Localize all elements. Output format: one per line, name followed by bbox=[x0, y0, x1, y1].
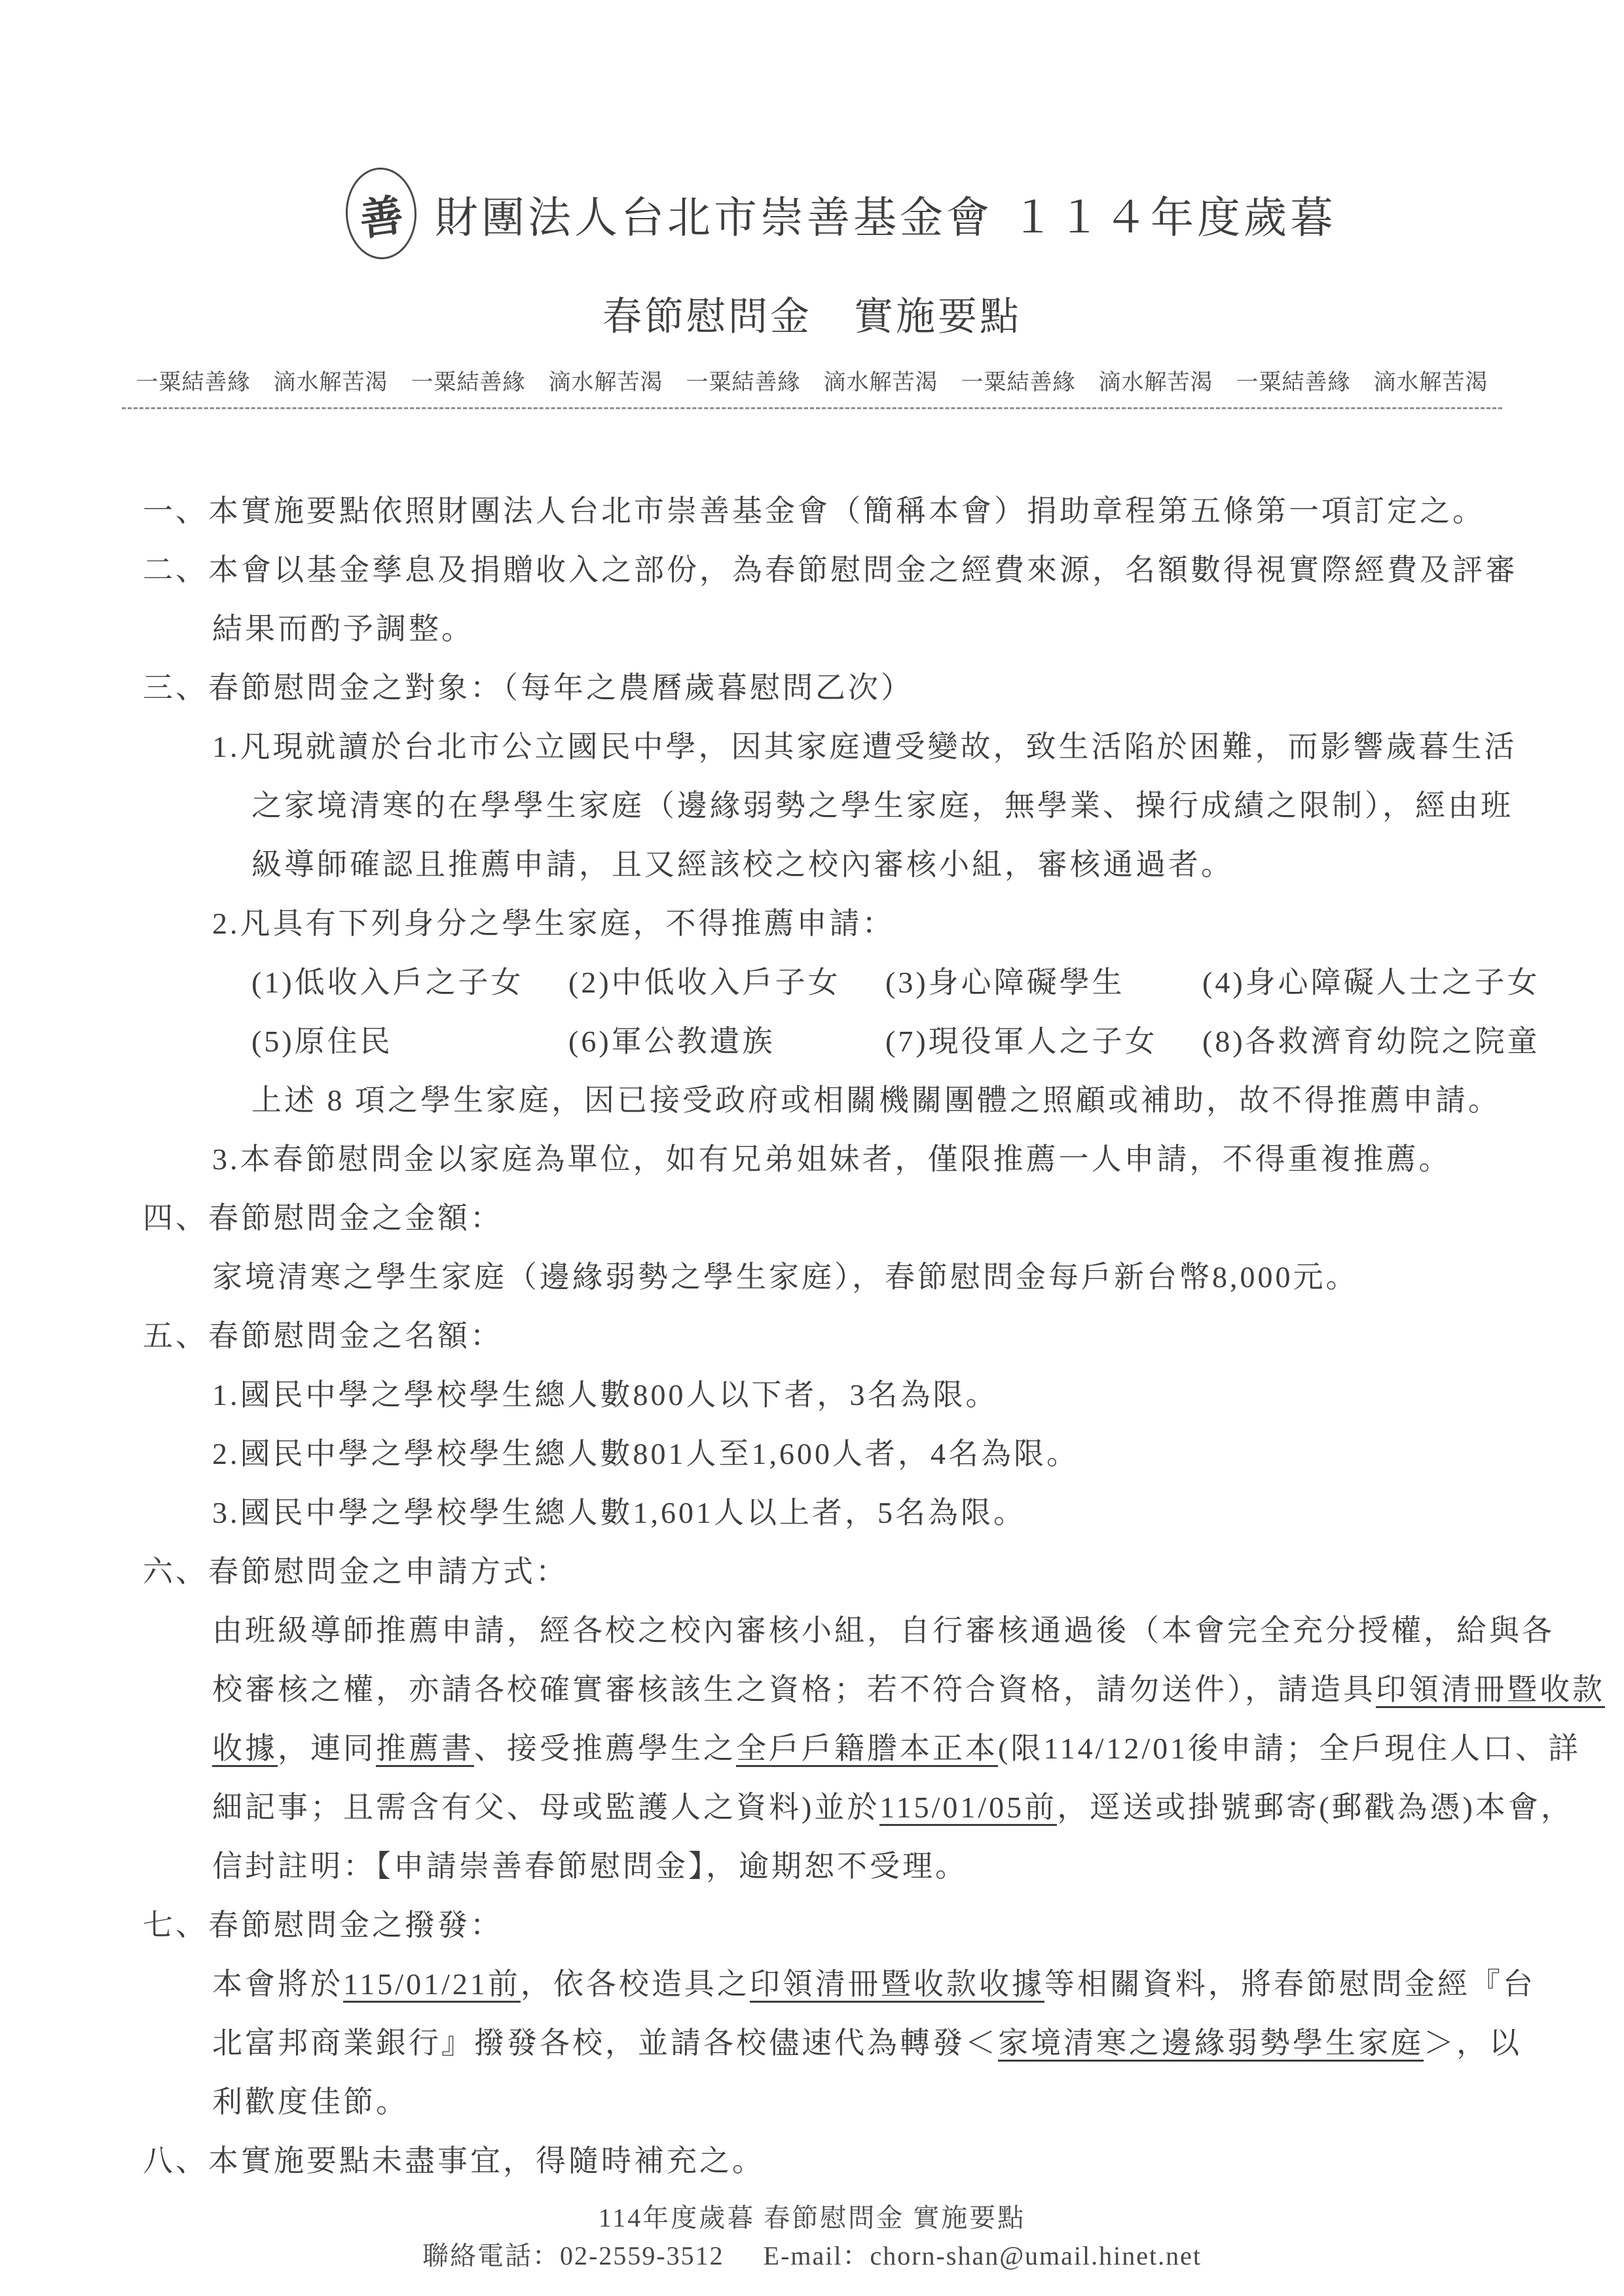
body-line-grid: (5)原住民(6)軍公教遺族(7)現役軍人之子女(8)各救濟育幼院之院童 bbox=[0, 1012, 1624, 1071]
underlined-text: 家境清寒之邊緣弱勢學生家庭 bbox=[998, 2026, 1424, 2062]
body-line: 2.國民中學之學校學生總人數801人至1,600人者，4名為限。 bbox=[0, 1425, 1624, 1484]
text-run: 八、本實施要點未盡事宜，得隨時補充之。 bbox=[143, 2144, 765, 2178]
body-line: 六、春節慰問金之申請方式： bbox=[0, 1542, 1624, 1601]
body-line: 五、春節慰問金之名額： bbox=[0, 1307, 1624, 1366]
body-line: 2.凡具有下列身分之學生家庭，不得推薦申請： bbox=[0, 894, 1624, 953]
grid-cell: (4)身心障礙人士之子女 bbox=[1202, 953, 1540, 1012]
text-run: 3.國民中學之學校學生總人數1,601人以上者，5名為限。 bbox=[212, 1496, 1026, 1529]
text-run: 結果而酌予調整。 bbox=[212, 612, 474, 646]
grid-cell: (2)中低收入戶子女 bbox=[568, 953, 885, 1012]
footer-contact: 聯絡電話：02-2559-3512E-mail：chorn-shan@umail… bbox=[0, 2235, 1624, 2272]
text-run: 利歡度佳節。 bbox=[212, 2085, 409, 2119]
text-run: 1.國民中學之學校學生總人數800人以下者，3名為限。 bbox=[212, 1378, 999, 1412]
text-run: 七、春節慰問金之撥發： bbox=[143, 1908, 503, 1942]
body-line: 利歡度佳節。 bbox=[0, 2073, 1624, 2132]
body-line: 3.國民中學之學校學生總人數1,601人以上者，5名為限。 bbox=[0, 1484, 1624, 1542]
document-title: 財團法人台北市崇善基金會１１４年度歲暮 bbox=[435, 183, 1337, 245]
body-line: 3.本春節慰問金以家庭為單位，如有兄弟姐妹者，僅限推薦一人申請，不得重複推薦。 bbox=[0, 1130, 1624, 1189]
body-line: 之家境清寒的在學學生家庭（邊緣弱勢之學生家庭，無學業、操行成績之限制），經由班 bbox=[0, 776, 1624, 835]
body-line: 校審核之權，亦請各校確實審核該生之資格；若不符合資格，請勿送件），請造具印領清冊… bbox=[0, 1660, 1624, 1719]
text-run: 家境清寒之學生家庭（邊緣弱勢之學生家庭），春節慰問金每戶新台幣8,000元。 bbox=[212, 1260, 1359, 1294]
underlined-text: 收據 bbox=[212, 1732, 278, 1767]
body-line: 七、春節慰問金之撥發： bbox=[0, 1896, 1624, 1955]
body-line: 八、本實施要點未盡事宜，得隨時補充之。 bbox=[0, 2132, 1624, 2191]
text-run: 之家境清寒的在學學生家庭（邊緣弱勢之學生家庭，無學業、操行成績之限制），經由班 bbox=[251, 789, 1513, 822]
text-run: 細記事；且需含有父、母或監護人之資料)並於 bbox=[212, 1791, 879, 1824]
text-run: ，連同 bbox=[278, 1732, 376, 1765]
text-run: 級導師確認且推薦申請，且又經該校之校內審核小組，審核通過者。 bbox=[251, 848, 1234, 881]
body-line: 1.國民中學之學校學生總人數800人以下者，3名為限。 bbox=[0, 1366, 1624, 1425]
body-line: 本會將於115/01/21前，依各校造具之印領清冊暨收款收據等相關資料，將春節慰… bbox=[0, 1955, 1624, 2014]
document-header: 善 財團法人台北市崇善基金會１１４年度歲暮 bbox=[346, 168, 1337, 259]
body-line-grid: (1)低收入戶之子女(2)中低收入戶子女(3)身心障礙學生(4)身心障礙人士之子… bbox=[0, 953, 1624, 1012]
text-run: (限114/12/01後申請；全戶現住人口、詳 bbox=[998, 1732, 1581, 1765]
body-line: 二、本會以基金孳息及捐贈收入之部份，為春節慰問金之經費來源，名額數得視實際經費及… bbox=[0, 541, 1624, 600]
year-label: １１４年度歲暮 bbox=[1011, 194, 1337, 242]
text-run: 信封註明：【申請崇善春節慰問金】，逾期恕不受理。 bbox=[212, 1850, 968, 1883]
grid-cell: (6)軍公教遺族 bbox=[568, 1012, 885, 1071]
text-run: 3.本春節慰問金以家庭為單位，如有兄弟姐妹者，僅限推薦一人申請，不得重複推薦。 bbox=[212, 1142, 1452, 1176]
grid-cell: (3)身心障礙學生 bbox=[885, 953, 1202, 1012]
underlined-text: 印領清冊暨收款 bbox=[1376, 1673, 1605, 1708]
text-run: 上述 8 項之學生家庭，因已接受政府或相關機關團體之照顧或補助，故不得推薦申請。 bbox=[251, 1084, 1501, 1117]
underlined-text: 推薦書 bbox=[376, 1732, 474, 1767]
grid-cell: (7)現役軍人之子女 bbox=[885, 1012, 1202, 1071]
text-run: 一、本實施要點依照財團法人台北市崇善基金會（簡稱本會）捐助章程第五條第一項訂定之… bbox=[143, 494, 1485, 528]
text-run: 、接受推薦學生之 bbox=[474, 1732, 736, 1765]
footer-email: E-mail：chorn-shan@umail.hinet.net bbox=[764, 2241, 1202, 2270]
text-run: ＞，以 bbox=[1424, 2026, 1522, 2060]
body-line: 細記事；且需含有父、母或監護人之資料)並於115/01/05前，逕送或掛號郵寄(… bbox=[0, 1778, 1624, 1837]
grid-cell: (1)低收入戶之子女 bbox=[251, 953, 568, 1012]
body-line: 家境清寒之學生家庭（邊緣弱勢之學生家庭），春節慰問金每戶新台幣8,000元。 bbox=[0, 1248, 1624, 1307]
body-line: 收據，連同推薦書、接受推薦學生之全戶戶籍謄本正本(限114/12/01後申請；全… bbox=[0, 1719, 1624, 1778]
text-run: 三、春節慰問金之對象：（每年之農曆歲暮慰問乙次） bbox=[143, 671, 913, 704]
org-name: 財團法人台北市崇善基金會 bbox=[435, 194, 993, 242]
body-line: 級導師確認且推薦申請，且又經該校之校內審核小組，審核通過者。 bbox=[0, 835, 1624, 894]
text-run: 校審核之權，亦請各校確實審核該生之資格；若不符合資格，請勿送件），請造具 bbox=[212, 1673, 1376, 1706]
footer-doc-ref: 114年度歲暮 春節慰問金 實施要點 bbox=[0, 2197, 1624, 2234]
text-run: 2.凡具有下列身分之學生家庭，不得推薦申請： bbox=[212, 907, 895, 940]
text-run: 1.凡現就讀於台北市公立國民中學，因其家庭遭受變故，致生活陷於困難，而影響歲暮生… bbox=[212, 730, 1517, 763]
text-run: 本會將於 bbox=[212, 1967, 343, 2001]
body-line: 四、春節慰問金之金額： bbox=[0, 1189, 1624, 1248]
body-line: 1.凡現就讀於台北市公立國民中學，因其家庭遭受變故，致生活陷於困難，而影響歲暮生… bbox=[0, 718, 1624, 776]
underlined-text: 印領清冊暨收款收據 bbox=[750, 1967, 1044, 2003]
body-line: 信封註明：【申請崇善春節慰問金】，逾期恕不受理。 bbox=[0, 1837, 1624, 1896]
text-run: ，依各校造具之 bbox=[521, 1967, 750, 2001]
body-line: 由班級導師推薦申請，經各校之校內審核小組，自行審核通過後（本會完全充分授權，給與… bbox=[0, 1601, 1624, 1660]
banner-slogan: 一粟結善緣 滴水解苦渴 一粟結善緣 滴水解苦渴 一粟結善緣 滴水解苦渴 一粟結善… bbox=[0, 364, 1624, 396]
text-run: 二、本會以基金孳息及捐贈收入之部份，為春節慰問金之經費來源，名額數得視實際經費及… bbox=[143, 553, 1518, 587]
underlined-text: 115/01/21前 bbox=[343, 1967, 521, 2003]
grid-cell: (8)各救濟育幼院之院童 bbox=[1202, 1012, 1540, 1071]
text-run: ，逕送或掛號郵寄(郵戳為憑)本會， bbox=[1057, 1791, 1574, 1824]
text-run: 五、春節慰問金之名額： bbox=[143, 1319, 503, 1353]
document-page: 善 財團法人台北市崇善基金會１１４年度歲暮 春節慰問金 實施要點 一粟結善緣 滴… bbox=[0, 0, 1624, 2296]
document-body: 一、本實施要點依照財團法人台北市崇善基金會（簡稱本會）捐助章程第五條第一項訂定之… bbox=[0, 482, 1624, 2191]
body-line: 結果而酌予調整。 bbox=[0, 600, 1624, 659]
text-run: 六、春節慰問金之申請方式： bbox=[143, 1555, 568, 1588]
body-line: 三、春節慰問金之對象：（每年之農曆歲暮慰問乙次） bbox=[0, 659, 1624, 718]
underlined-text: 115/01/05前 bbox=[879, 1791, 1057, 1826]
footer-phone: 聯絡電話：02-2559-3512 bbox=[422, 2241, 724, 2270]
text-run: 由班級導師推薦申請，經各校之校內審核小組，自行審核通過後（本會完全充分授權，給與… bbox=[212, 1614, 1555, 1647]
text-run: 2.國民中學之學校學生總人數801人至1,600人者，4名為限。 bbox=[212, 1437, 1079, 1470]
body-line: 北富邦商業銀行』撥發各校，並請各校儘速代為轉發＜家境清寒之邊緣弱勢學生家庭＞，以 bbox=[0, 2014, 1624, 2073]
body-line: 上述 8 項之學生家庭，因已接受政府或相關機關團體之照顧或補助，故不得推薦申請。 bbox=[0, 1071, 1624, 1130]
document-subtitle: 春節慰問金 實施要點 bbox=[0, 285, 1624, 342]
text-run: 四、春節慰問金之金額： bbox=[143, 1201, 503, 1235]
grid-cell: (5)原住民 bbox=[251, 1012, 568, 1071]
text-run: 北富邦商業銀行』撥發各校，並請各校儘速代為轉發＜ bbox=[212, 2026, 998, 2060]
foundation-seal-icon: 善 bbox=[344, 166, 418, 261]
body-line: 一、本實施要點依照財團法人台北市崇善基金會（簡稱本會）捐助章程第五條第一項訂定之… bbox=[0, 482, 1624, 541]
seal-character: 善 bbox=[357, 179, 405, 247]
dashed-divider bbox=[122, 407, 1502, 409]
text-run: 等相關資料，將春節慰問金經『台 bbox=[1044, 1967, 1536, 2001]
underlined-text: 全戶戶籍謄本正本 bbox=[736, 1732, 998, 1767]
